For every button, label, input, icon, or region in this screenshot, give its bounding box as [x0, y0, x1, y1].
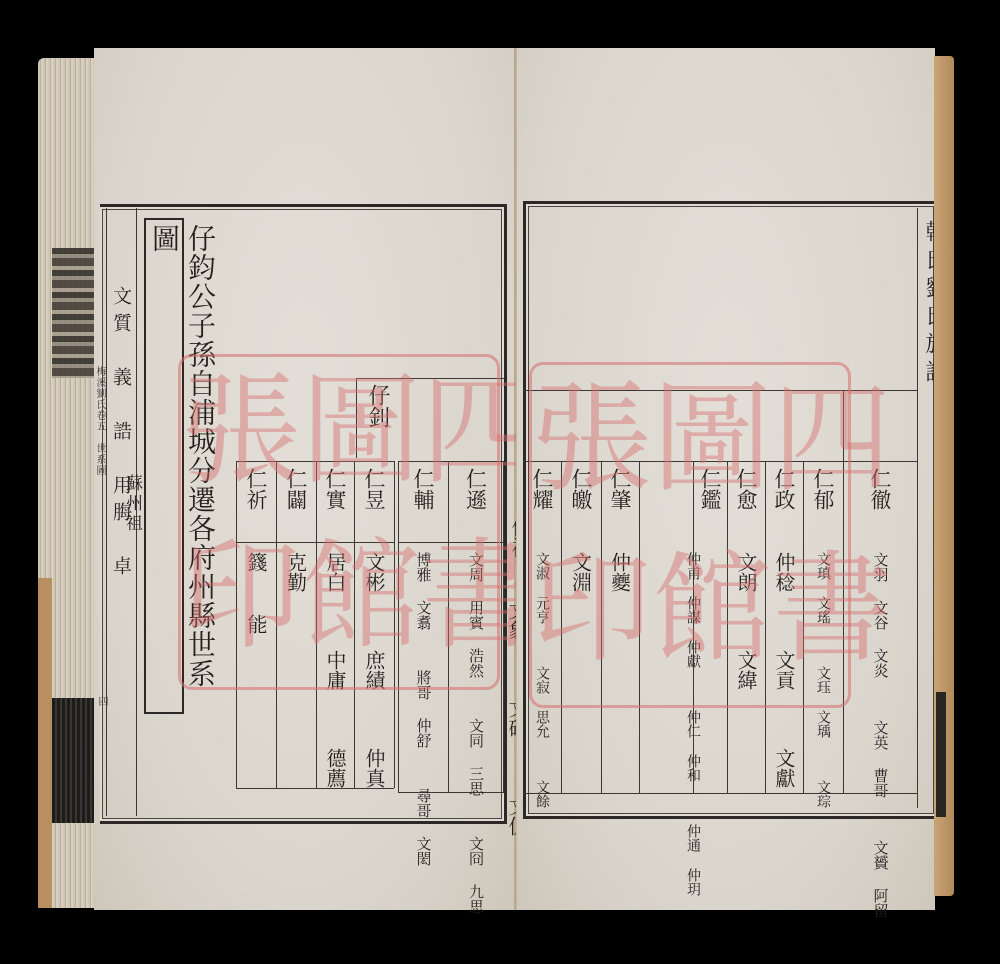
left-page: 梅溪劉氏卷五 世系圖 四 文質 義 誥 用脢 卓 蘇州祖 仔鈞公子孫自浦城分遷各… — [94, 48, 516, 910]
collector-seal-left: 張圖四 印館書 — [178, 354, 500, 690]
spine-black-block — [52, 698, 96, 823]
side-column-annotation: 蘇州祖 — [120, 474, 145, 534]
side-column-lineage: 文質 義 誥 用脢 卓 — [108, 286, 135, 583]
right-page-edge — [934, 56, 954, 896]
spine-title-block — [52, 248, 96, 378]
page-edge-stack — [38, 58, 98, 908]
collector-seal-right: 張圖四 印館書 — [529, 362, 851, 708]
open-book: 梅溪劉氏卷五 世系圖 四 文質 義 誥 用脢 卓 蘇州祖 仔鈞公子孫自浦城分遷各… — [38, 48, 956, 910]
right-page: 韓氏劉氏族譜 仁徹 仁郁 仁政 仁愈 仁鑑 仁肇 仁皦 仁耀 — [516, 48, 935, 910]
margin-label: 梅溪劉氏卷五 世系圖 — [92, 366, 107, 476]
